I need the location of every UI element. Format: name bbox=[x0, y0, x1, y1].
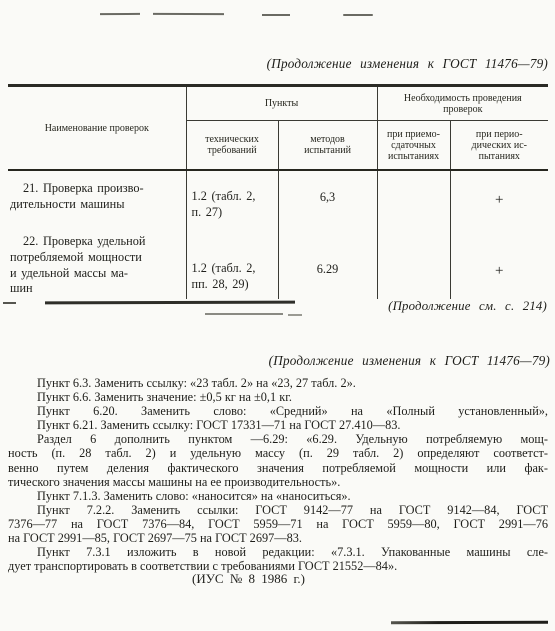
scan-artifact-line bbox=[45, 301, 295, 305]
check-name-line: 22. Проверка удельной bbox=[10, 234, 186, 250]
periodic-cell: + bbox=[450, 231, 548, 299]
scan-artifact-dash bbox=[262, 14, 290, 16]
table-continuation-note: (Продолжение см. с. 214) bbox=[388, 299, 547, 314]
amendment-text-line: Пункт 7.2.2. Заменить ссылки: ГОСТ 9142—… bbox=[8, 503, 548, 517]
test-method-cell: 6,3 bbox=[278, 170, 377, 231]
amendment-text-line: Пункт 7.1.3. Заменить слово: «наносится»… bbox=[8, 489, 548, 503]
table-row-check-22: 22. Проверка удельной потребляемой мощно… bbox=[8, 231, 548, 299]
check-name-cell: 22. Проверка удельной потребляемой мощно… bbox=[8, 231, 186, 299]
amendment-text-line: венно путем деления фактического значени… bbox=[8, 461, 548, 475]
table-row-check-21: 21. Проверка произво- дительности машины… bbox=[8, 170, 548, 231]
continuation-header-middle: (Продолжение изменения к ГОСТ 11476—79) bbox=[269, 353, 550, 369]
scan-artifact-line bbox=[205, 313, 283, 315]
check-name-line: и удельной массы ма- bbox=[10, 266, 186, 282]
amendment-text-line: Пункт 6.21. Заменить ссылку: ГОСТ 17331—… bbox=[8, 418, 548, 432]
scan-artifact-line-bottom bbox=[391, 621, 548, 624]
document-page: (Продолжение изменения к ГОСТ 11476—79) … bbox=[0, 0, 555, 631]
col-header-acceptance-tests: при приемо- сдаточных испытаниях bbox=[377, 121, 450, 171]
tech-req-line: 1.2 (табл. 2, bbox=[192, 189, 278, 205]
col-header-check-name: Наименование проверок bbox=[8, 86, 186, 171]
acceptance-cell bbox=[377, 170, 450, 231]
tech-requirements-cell: 1.2 (табл. 2, пп. 28, 29) bbox=[186, 231, 278, 299]
scan-artifact-dash bbox=[100, 13, 140, 15]
acceptance-cell bbox=[377, 231, 450, 299]
col-header-punkty-group: Пункты bbox=[186, 86, 377, 121]
amendment-text-line: Пункт 7.3.1 изложить в новой редакции: «… bbox=[8, 545, 548, 559]
col-header-need-group: Необходимость проведения проверок bbox=[377, 86, 548, 121]
check-name-line: 21. Проверка произво- bbox=[10, 181, 186, 197]
check-name-line: шин bbox=[10, 281, 186, 297]
check-name-cell: 21. Проверка произво- дительности машины bbox=[8, 170, 186, 231]
amendment-text-line: на ГОСТ 2991—85, ГОСТ 2697—75 на ГОСТ 26… bbox=[8, 531, 548, 545]
scan-artifact-line bbox=[288, 314, 302, 316]
amendment-text-line: Пункт 6.20. Заменить слово: «Средний» на… bbox=[8, 404, 548, 418]
scan-artifact-line bbox=[3, 302, 16, 304]
check-name-line: дительности машины bbox=[10, 197, 186, 213]
scan-artifact-dash bbox=[343, 14, 373, 16]
tech-req-line: п. 27) bbox=[192, 205, 278, 221]
amendment-text-line: 7376—77 на ГОСТ 7376—84, ГОСТ 5959—71 на… bbox=[8, 517, 548, 531]
amendment-text-line: тического значения массы машины на ее пр… bbox=[8, 475, 548, 489]
scan-artifact-dash bbox=[153, 13, 224, 15]
amendment-text-line: Пункт 6.6. Заменить значение: ±0,5 кг на… bbox=[8, 390, 548, 404]
periodic-cell: + bbox=[450, 170, 548, 231]
check-name-line: потребляемой мощности bbox=[10, 250, 186, 266]
tech-req-line: 1.2 (табл. 2, bbox=[192, 261, 278, 277]
amendment-text-line: Раздел 6 дополнить пунктом —6.29: «6.29.… bbox=[8, 432, 548, 446]
col-header-test-methods: методов испытаний bbox=[278, 121, 377, 171]
checks-table: Наименование проверок Пункты Необходимос… bbox=[8, 84, 548, 299]
amendment-text-block: Пункт 6.3. Заменить ссылку: «23 табл. 2»… bbox=[8, 376, 548, 573]
amendment-text-line: ность (п. 28 табл. 2) и удельную массу (… bbox=[8, 446, 548, 460]
amendment-text-line: Пункт 6.3. Заменить ссылку: «23 табл. 2»… bbox=[8, 376, 548, 390]
test-method-cell: 6.29 bbox=[278, 231, 377, 299]
col-header-tech-requirements: технических требований bbox=[186, 121, 278, 171]
col-header-periodic-tests: при перио- дических ис- пытаниях bbox=[450, 121, 548, 171]
tech-req-line: пп. 28, 29) bbox=[192, 277, 278, 293]
continuation-header-top: (Продолжение изменения к ГОСТ 11476—79) bbox=[267, 56, 548, 72]
ius-footer-note: (ИУС № 8 1986 г.) bbox=[0, 571, 555, 587]
tech-requirements-cell: 1.2 (табл. 2, п. 27) bbox=[186, 170, 278, 231]
